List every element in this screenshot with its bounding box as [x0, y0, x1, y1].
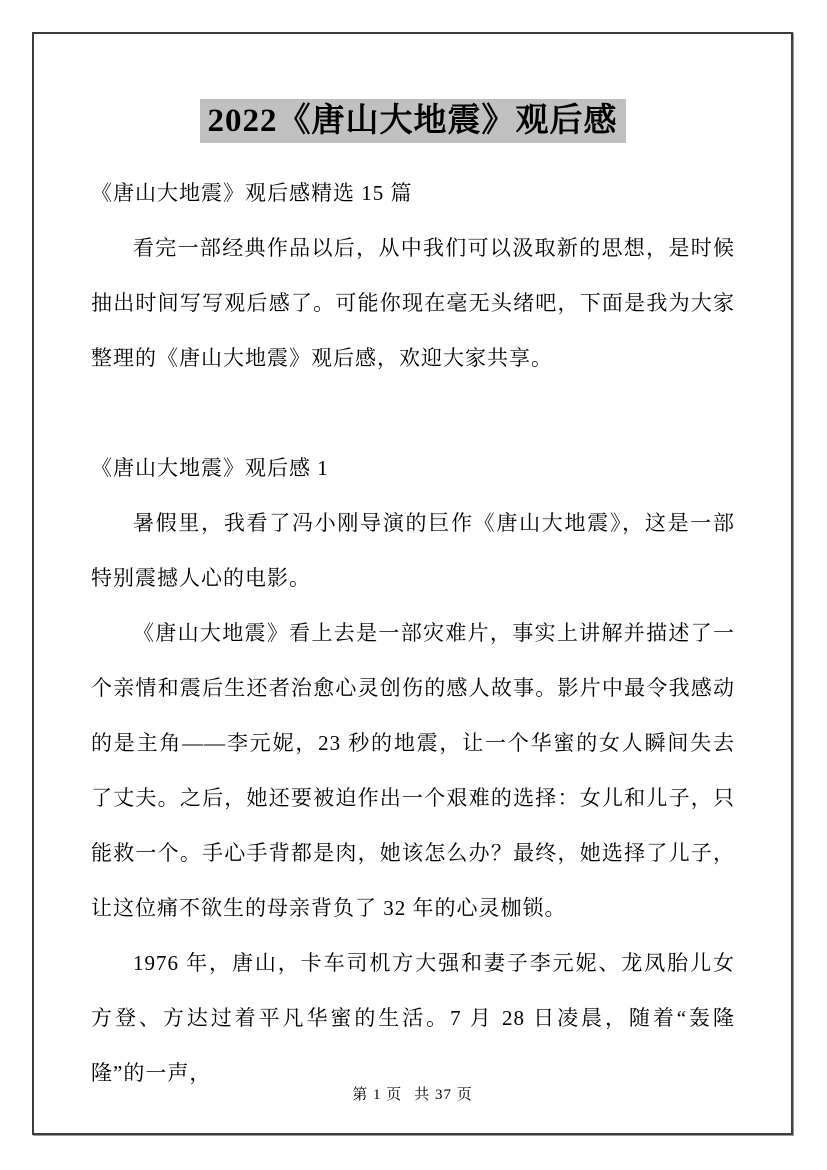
blank-line: [91, 386, 735, 441]
paragraph: 《唐山大地震》看上去是一部灾难片，事实上讲解并描述了一个亲情和震后生还者治愈心灵…: [91, 606, 735, 936]
page-number: 第 1 页: [352, 1087, 402, 1103]
paragraph-subtitle: 《唐山大地震》观后感精选 15 篇: [91, 166, 735, 221]
document-title: 2022《唐山大地震》观后感: [34, 98, 791, 144]
page-footer: 第 1 页共 37 页: [34, 1085, 791, 1105]
paragraph: 1976 年，唐山，卡车司机方大强和妻子李元妮、龙凤胎儿女方登、方达过着平凡华蜜…: [91, 936, 735, 1101]
title-highlight: 2022《唐山大地震》观后感: [200, 99, 626, 143]
paragraph: 暑假里，我看了冯小刚导演的巨作《唐山大地震》，这是一部特别震撼人心的电影。: [91, 496, 735, 606]
document-page: 2022《唐山大地震》观后感 《唐山大地震》观后感精选 15 篇 看完一部经典作…: [32, 32, 793, 1135]
document-body: 《唐山大地震》观后感精选 15 篇 看完一部经典作品以后，从中我们可以汲取新的思…: [91, 166, 735, 1101]
paragraph-intro: 看完一部经典作品以后，从中我们可以汲取新的思想，是时候抽出时间写写观后感了。可能…: [91, 221, 735, 386]
section-heading: 《唐山大地震》观后感 1: [91, 441, 735, 496]
total-pages: 共 37 页: [414, 1087, 473, 1103]
